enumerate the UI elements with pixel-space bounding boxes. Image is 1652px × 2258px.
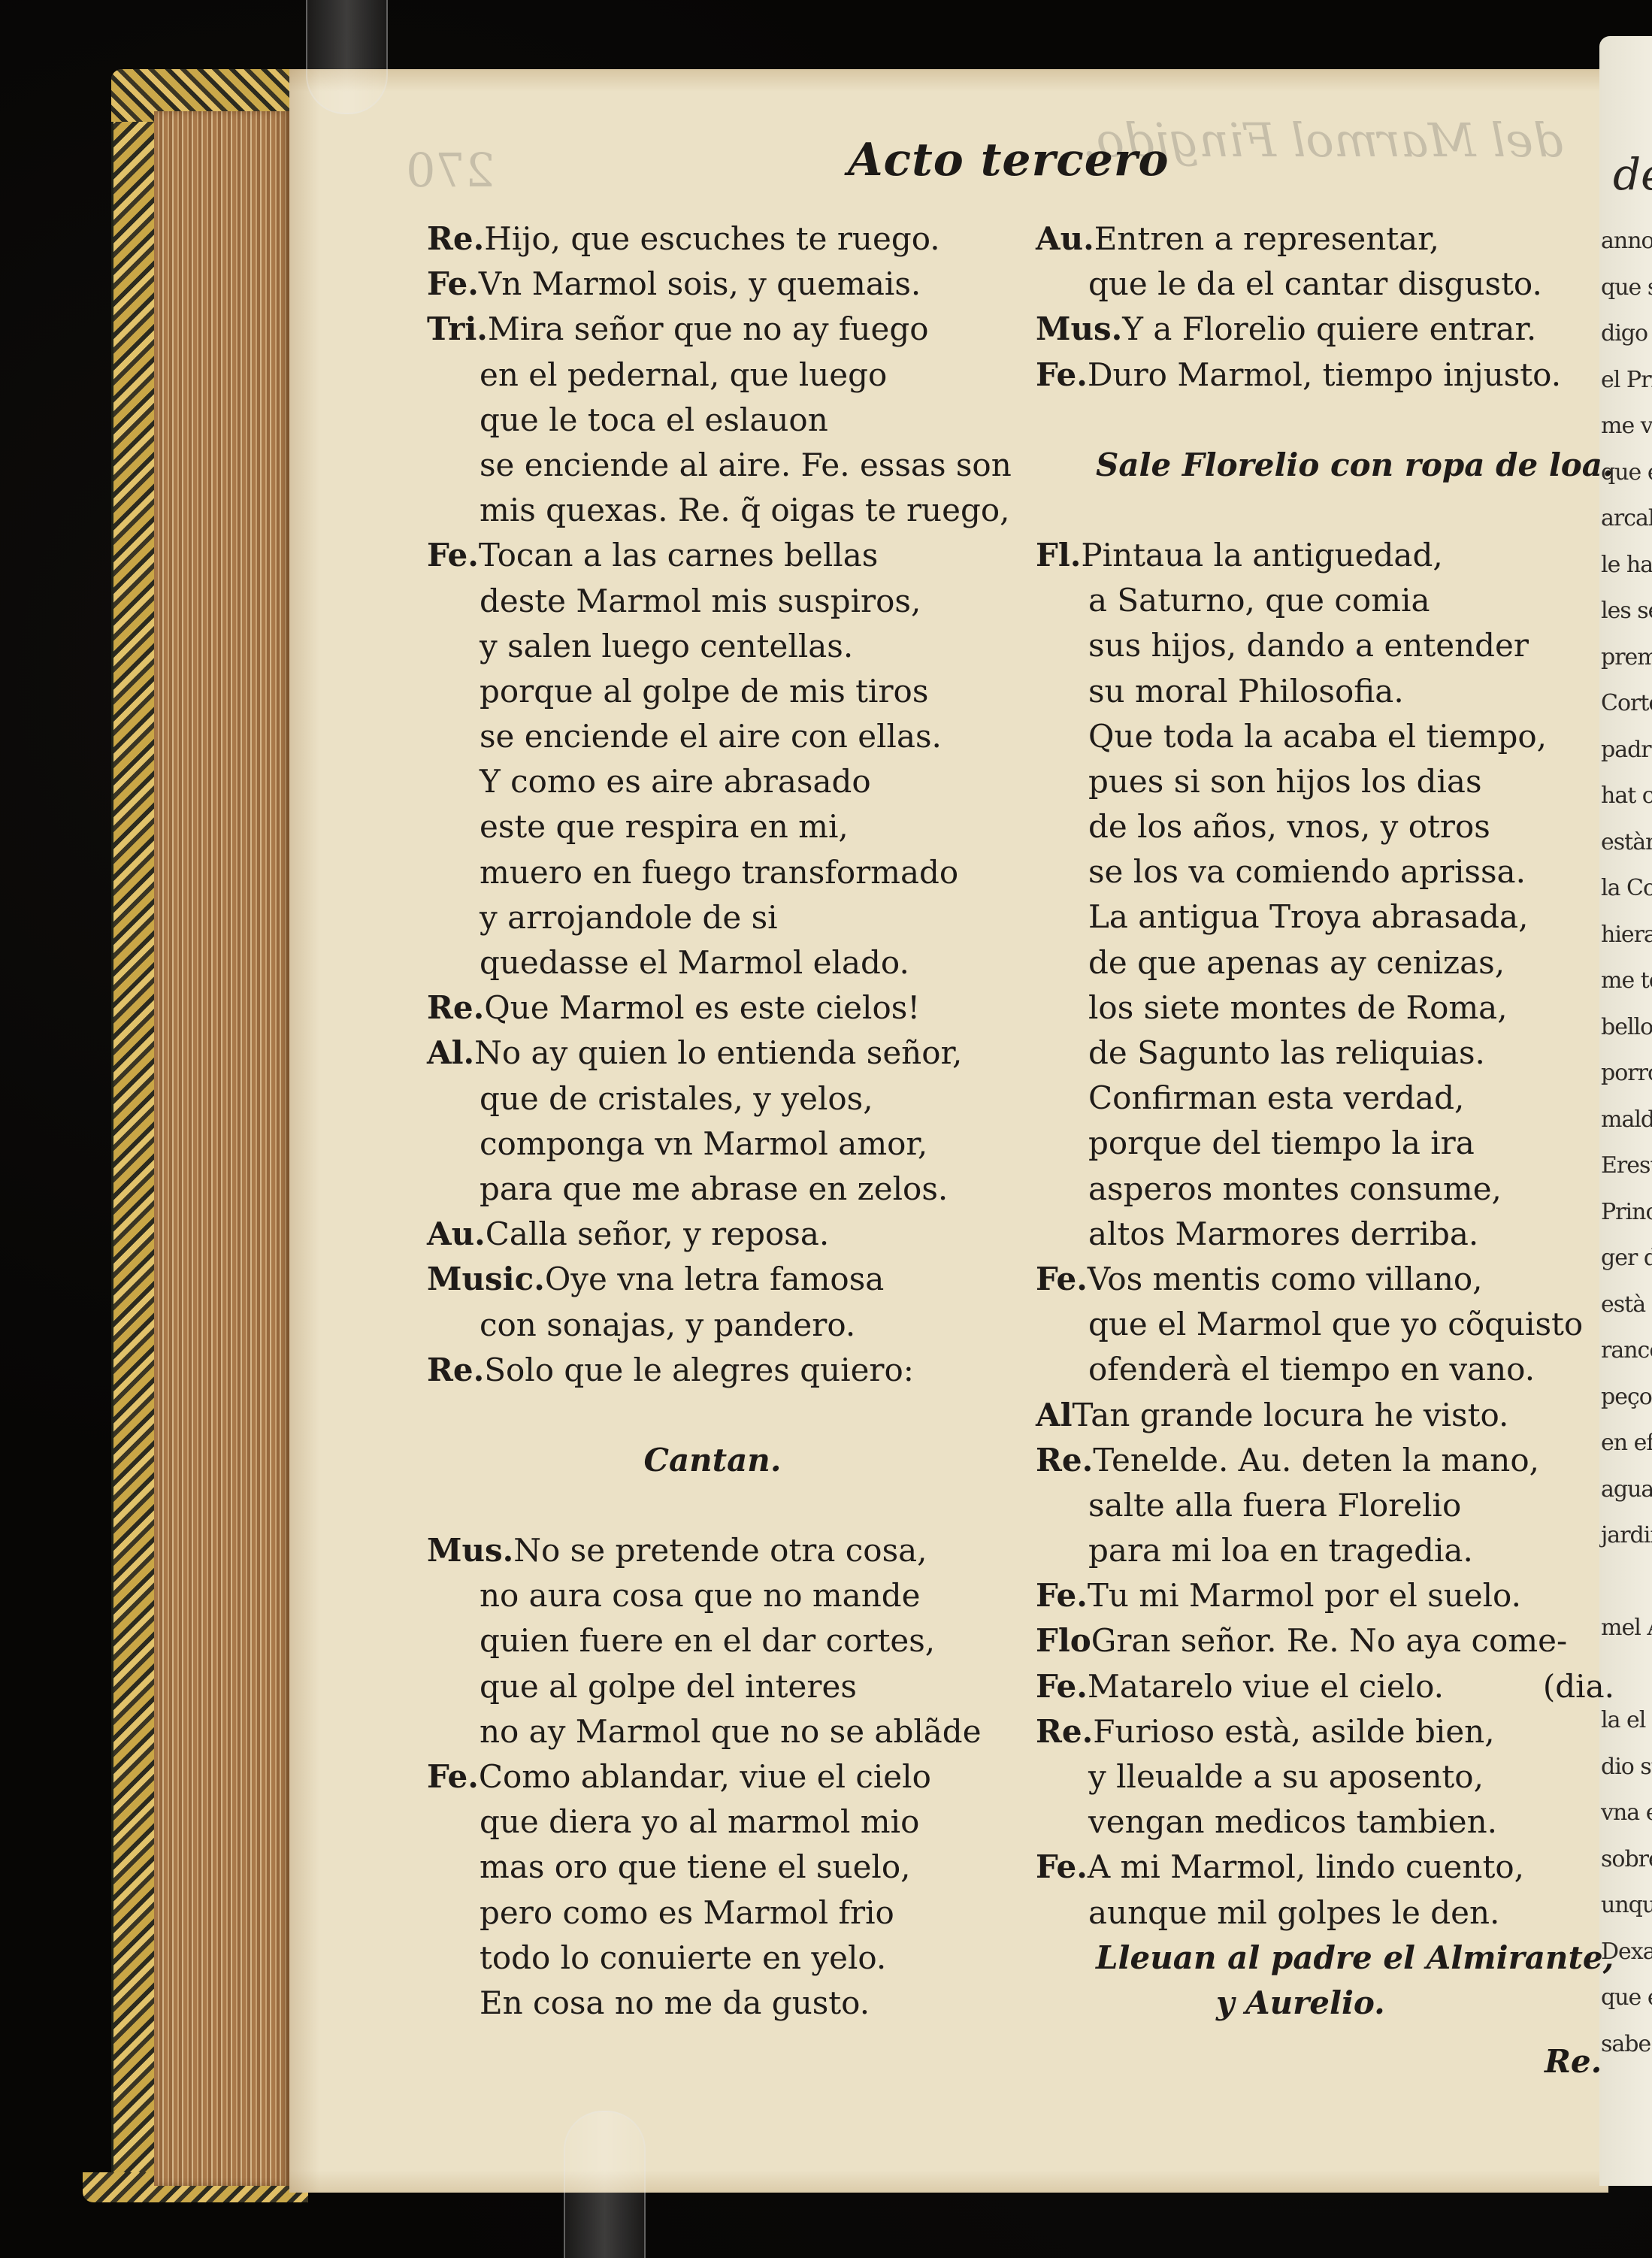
- speaker-label: Al.: [427, 1034, 474, 1071]
- verse-text: componga vn Marmol amor,: [480, 1125, 927, 1162]
- next-page-line: digo que l: [1601, 320, 1652, 347]
- verse-text: que al golpe del interes: [480, 1668, 857, 1705]
- next-page-line: le han da: [1601, 552, 1652, 578]
- verse-line: de Sagunto las reliquias.: [1036, 1031, 1607, 1076]
- verse-line: y salen luego centellas.: [427, 624, 998, 669]
- speaker-label: Tri.: [427, 310, 488, 347]
- show-through-page-number: 270: [406, 143, 495, 198]
- verse-text: pues si son hijos los dias: [1088, 763, 1482, 800]
- speaker-label: Re.: [427, 1351, 484, 1388]
- verse-text: Calla señor, y reposa.: [486, 1215, 829, 1252]
- verse-line: en el pedernal, que luego: [427, 353, 998, 398]
- verse-line: Fe.Duro Marmol, tiempo injusto.: [1036, 353, 1607, 398]
- verse-text: de que apenas ay cenizas,: [1088, 944, 1505, 981]
- verse-text: vengan medicos tambien.: [1088, 1803, 1497, 1840]
- verse-line: Y como es aire abrasado: [427, 759, 998, 804]
- page-clip-top: [306, 0, 388, 114]
- verse-text: no ay Marmol que no se ablãde: [480, 1713, 982, 1750]
- verse-text: todo lo conuierte en yelo.: [480, 1939, 886, 1976]
- verse-text: No ay quien lo entienda señor,: [474, 1034, 962, 1071]
- verse-line: con sonajas, y pandero.: [427, 1303, 998, 1348]
- verse-line: Re.Solo que le alegres quiero:: [427, 1348, 998, 1393]
- speaker-label: Re.: [427, 989, 484, 1026]
- verse-text: En cosa no me da gusto.: [480, 1984, 870, 2021]
- verse-line: Re.Tenelde. Au. deten la mano,: [1036, 1438, 1607, 1483]
- verse-line: que el Marmol que yo cõquisto: [1036, 1302, 1607, 1347]
- verse-line: que le da el cantar disgusto.: [1036, 262, 1607, 307]
- verse-text: Que Marmol es este cielos!: [484, 989, 920, 1026]
- verse-text: Vos mentis como villano,: [1088, 1261, 1483, 1297]
- verse-text: No se pretende otra cosa,: [513, 1532, 927, 1569]
- verse-line: que al golpe del interes: [427, 1664, 998, 1709]
- verse-text: no aura cosa que no mande: [480, 1577, 920, 1614]
- running-head: Acto tercero: [848, 134, 1169, 186]
- verse-text: su moral Philosofia.: [1088, 673, 1404, 710]
- verse-text: Que toda la acaba el tiempo,: [1088, 718, 1547, 755]
- verse-text: altos Marmores derriba.: [1088, 1215, 1478, 1252]
- speaker-label: Music.: [427, 1261, 545, 1297]
- speaker-label: Fe.: [1036, 1261, 1088, 1297]
- verse-line: a Saturno, que comia: [1036, 578, 1607, 623]
- next-page-sliver: de anno vaique señordigo que lel Princim…: [1599, 36, 1652, 2186]
- verse-text: y arrojandole de si: [480, 899, 778, 936]
- verse-line: salte alla fuera Florelio: [1036, 1483, 1607, 1528]
- next-page-line: mel A: [1601, 1615, 1652, 1641]
- verse-line: quedasse el Marmol elado.: [427, 940, 998, 985]
- verse-line: sus hijos, dando a entender: [1036, 623, 1607, 668]
- verse-text: Furioso està, asilde bien,: [1093, 1713, 1494, 1750]
- verse-text: este que respira en mi,: [480, 808, 849, 845]
- verse-line: Al.No ay quien lo entienda señor,: [427, 1031, 998, 1076]
- verse-line: Tri.Mira señor que no ay fuego: [427, 307, 998, 352]
- verse-line: y arrojandole de si: [427, 895, 998, 940]
- verse-line: y lleualde a su aposento,: [1036, 1754, 1607, 1799]
- verse-text: pero como es Marmol frio: [480, 1894, 894, 1931]
- verse-text: asperos montes consume,: [1088, 1170, 1502, 1207]
- verse-line: asperos montes consume,: [1036, 1167, 1607, 1212]
- next-page-line: rancor: [1601, 1337, 1652, 1364]
- verse-text: Mira señor que no ay fuego: [488, 310, 929, 347]
- speaker-label: Au.: [427, 1215, 486, 1252]
- speaker-label: Fe.: [427, 537, 479, 574]
- verse-line: Re.Hijo, que escuches te ruego.: [427, 216, 998, 262]
- speaker-label: Fl.: [1036, 537, 1081, 574]
- verse-line: Fe.Tocan a las carnes bellas: [427, 533, 998, 578]
- verse-line: Fe.Matarelo viue el cielo.(dia.: [1036, 1664, 1607, 1709]
- verse-text: quien fuere en el dar cortes,: [480, 1622, 935, 1659]
- verse-text: A mi Marmol, lindo cuento,: [1088, 1848, 1524, 1885]
- verse-line: que de cristales, y yelos,: [427, 1076, 998, 1121]
- next-page-line: me torm: [1601, 967, 1652, 994]
- verse-line: se enciende al aire. Fe. essas son: [427, 443, 998, 488]
- verse-text: en el pedernal, que luego: [480, 356, 887, 393]
- verse-line: Fe.A mi Marmol, lindo cuento,: [1036, 1845, 1607, 1890]
- stage-direction: Sale Florelio con ropa de loa.: [1036, 443, 1607, 488]
- verse-line: Re.Que Marmol es este cielos!: [427, 985, 998, 1031]
- verse-line: muero en fuego transformado: [427, 850, 998, 895]
- page-clip-bottom: [564, 2111, 646, 2258]
- next-page-line: premio. R: [1601, 644, 1652, 670]
- speaker-label: Flo: [1036, 1622, 1091, 1659]
- next-page-line: unque e: [1601, 1892, 1652, 1918]
- verse-line: La antigua Troya abrasada,: [1036, 894, 1607, 940]
- verse-line: FloGran señor. Re. No aya come-: [1036, 1618, 1607, 1663]
- verse-text: Y a Florelio quiere entrar.: [1122, 310, 1536, 347]
- verse-text: Matarelo viue el cielo.: [1088, 1668, 1444, 1705]
- verse-text: de los años, vnos, y otros: [1088, 808, 1490, 845]
- verse-text: Y como es aire abrasado: [480, 763, 871, 800]
- blank-line: [427, 1483, 998, 1528]
- speaker-label: Mus.: [1036, 310, 1122, 347]
- verse-line: deste Marmol mis suspiros,: [427, 579, 998, 624]
- verse-line: Re.Furioso està, asilde bien,: [1036, 1709, 1607, 1754]
- verse-text: Oye vna letra famosa: [545, 1261, 884, 1297]
- verse-text: porque al golpe de mis tiros: [480, 673, 928, 710]
- verse-line: Music.Oye vna letra famosa: [427, 1257, 998, 1302]
- speaker-label: Fe.: [1036, 356, 1088, 393]
- blank-line: [1036, 398, 1607, 443]
- verse-line: no ay Marmol que no se ablãde: [427, 1709, 998, 1754]
- speaker-label: Re.: [427, 220, 484, 257]
- speaker-label: Al: [1036, 1397, 1073, 1433]
- next-page-line: les seruir: [1601, 598, 1652, 624]
- catchword: Re.: [1545, 2043, 1602, 2080]
- next-page-line: Corte! bie: [1601, 690, 1652, 716]
- next-page-line: maldito: [1601, 1106, 1652, 1133]
- next-page-line: jardin.: [1601, 1522, 1652, 1548]
- next-page-line: sabe Tr: [1601, 2031, 1652, 2057]
- verse-line: para mi loa en tragedia.: [1036, 1528, 1607, 1573]
- next-page-running-head: de: [1613, 149, 1652, 200]
- verse-text: Hijo, que escuches te ruego.: [484, 220, 939, 257]
- verse-line: mis quexas. Re. q̃ oigas te ruego,: [427, 488, 998, 533]
- next-page-line: arcabucte: [1601, 505, 1652, 531]
- next-page-line: agua de: [1601, 1476, 1652, 1503]
- speaker-label: Re.: [1036, 1442, 1093, 1479]
- verse-text: Tocan a las carnes bellas: [479, 537, 878, 574]
- stage-direction: y Aurelio.: [1036, 1981, 1607, 2026]
- verse-text: que de cristales, y yelos,: [480, 1080, 873, 1117]
- verse-text: deste Marmol mis suspiros,: [480, 583, 921, 619]
- speaker-label: Au.: [1036, 220, 1094, 257]
- speaker-label: Fe.: [1036, 1577, 1088, 1614]
- next-page-line: porro, y: [1601, 1060, 1652, 1086]
- verse-line: todo lo conuierte en yelo.: [427, 1936, 998, 1981]
- verse-text: para mi loa en tragedia.: [1088, 1532, 1473, 1569]
- verse-line: que diera yo al marmol mio: [427, 1799, 998, 1845]
- verse-text: mis quexas. Re. q̃ oigas te ruego,: [480, 492, 1010, 528]
- next-page-line: me vè, R: [1601, 413, 1652, 439]
- verse-line: Fl.Pintaua la antiguedad,: [1036, 533, 1607, 578]
- verse-line: este que respira en mi,: [427, 804, 998, 849]
- next-page-line: dio su: [1601, 1754, 1652, 1780]
- turnover-fragment: (dia.: [1543, 1664, 1614, 1709]
- next-page-line: padre, gu: [1601, 737, 1652, 763]
- verse-line: mas oro que tiene el suelo,: [427, 1845, 998, 1890]
- verse-line: su moral Philosofia.: [1036, 669, 1607, 714]
- verse-text: a Saturno, que comia: [1088, 582, 1430, 619]
- verse-text: de Sagunto las reliquias.: [1088, 1034, 1485, 1071]
- next-page-line: estàn ma: [1601, 829, 1652, 855]
- speaker-label: Fe.: [427, 265, 479, 302]
- verse-text: Tan grande locura he visto.: [1073, 1397, 1509, 1433]
- next-page-line: està en: [1601, 1291, 1652, 1318]
- verse-text: que le toca el eslauon: [480, 401, 828, 438]
- verse-line: ofenderà el tiempo en vano.: [1036, 1347, 1607, 1392]
- verse-text: muero en fuego transformado: [480, 854, 958, 891]
- next-page-line: el Princi: [1601, 367, 1652, 393]
- verse-text: Confirman esta verdad,: [1088, 1079, 1464, 1116]
- verse-text: Tenelde. Au. deten la mano,: [1093, 1442, 1539, 1479]
- verse-text: Tu mi Marmol por el suelo.: [1088, 1577, 1521, 1614]
- next-page-line: hat cerca: [1601, 782, 1652, 809]
- next-page-line: bello di: [1601, 1014, 1652, 1040]
- next-page-line: hiera yo: [1601, 922, 1652, 948]
- verse-line: no aura cosa que no mande: [427, 1573, 998, 1618]
- verse-text: Vn Marmol sois, y quemais.: [479, 265, 921, 302]
- verse-line: En cosa no me da gusto.: [427, 1981, 998, 2026]
- verse-text: quedasse el Marmol elado.: [480, 944, 909, 981]
- verse-line: Au.Entren a representar,: [1036, 216, 1607, 262]
- verse-line: se los va comiendo aprissa.: [1036, 849, 1607, 894]
- speaker-label: Fe.: [427, 1758, 479, 1795]
- verse-line: pues si son hijos los dias: [1036, 759, 1607, 804]
- verse-text: y lleualde a su aposento,: [1088, 1758, 1484, 1795]
- verse-line: componga vn Marmol amor,: [427, 1121, 998, 1167]
- verse-text: para que me abrase en zelos.: [480, 1170, 948, 1207]
- verse-text: los siete montes de Roma,: [1088, 989, 1508, 1026]
- speaker-label: Re.: [1036, 1713, 1093, 1750]
- verse-text: aunque mil golpes le den.: [1088, 1894, 1499, 1931]
- verse-text: Solo que le alegres quiero:: [484, 1351, 914, 1388]
- next-page-line: Eresto. T: [1601, 1152, 1652, 1179]
- verse-line: Confirman esta verdad,: [1036, 1076, 1607, 1121]
- next-page-line: en efec: [1601, 1430, 1652, 1456]
- verse-line: Fe.Vn Marmol sois, y quemais.: [427, 262, 998, 307]
- verse-line: Au.Calla señor, y reposa.: [427, 1212, 998, 1257]
- verse-line: de los años, vnos, y otros: [1036, 804, 1607, 849]
- verse-line: Mus.Y a Florelio quiere entrar.: [1036, 307, 1607, 352]
- speaker-label: Fe.: [1036, 1848, 1088, 1885]
- stage-direction: Lleuan al padre el Almirante,: [1036, 1936, 1607, 1981]
- verse-text: salte alla fuera Florelio: [1088, 1487, 1461, 1524]
- verse-text: Como ablandar, viue el cielo: [479, 1758, 931, 1795]
- verse-line: quien fuere en el dar cortes,: [427, 1618, 998, 1663]
- left-text-column: Re.Hijo, que escuches te ruego.Fe.Vn Mar…: [427, 216, 998, 2026]
- verse-line: AlTan grande locura he visto.: [1036, 1393, 1607, 1438]
- verse-text: y salen luego centellas.: [480, 628, 853, 664]
- verse-text: La antigua Troya abrasada,: [1088, 898, 1528, 935]
- verse-text: se los va comiendo aprissa.: [1088, 853, 1526, 890]
- next-page-line: vna ep: [1601, 1799, 1652, 1826]
- verse-text: se enciende el aire con ellas.: [480, 718, 942, 755]
- verse-line: Que toda la acaba el tiempo,: [1036, 714, 1607, 759]
- verse-text: sus hijos, dando a entender: [1088, 627, 1529, 664]
- next-page-line: que es la: [1601, 1984, 1652, 2011]
- verse-line: que le toca el eslauon: [427, 398, 998, 443]
- verse-line: altos Marmores derriba.: [1036, 1212, 1607, 1257]
- verse-line: Fe.Vos mentis como villano,: [1036, 1257, 1607, 1302]
- verse-line: Fe.Como ablandar, viue el cielo: [427, 1754, 998, 1799]
- blank-line: [1036, 488, 1607, 533]
- verse-line: vengan medicos tambien.: [1036, 1799, 1607, 1845]
- verse-text: se enciende al aire. Fe. essas son: [480, 446, 1012, 483]
- verse-line: porque del tiempo la ira: [1036, 1121, 1607, 1166]
- verse-text: Gran señor. Re. No aya come-: [1091, 1622, 1567, 1659]
- right-text-column: Au.Entren a representar,que le da el can…: [1036, 216, 1607, 2026]
- page-fore-edges: [154, 111, 289, 2186]
- verse-line: se enciende el aire con ellas.: [427, 714, 998, 759]
- verse-line: aunque mil golpes le den.: [1036, 1890, 1607, 1936]
- verse-text: mas oro que tiene el suelo,: [480, 1848, 911, 1885]
- next-page-line: peçose: [1601, 1384, 1652, 1410]
- verse-text: que el Marmol que yo cõquisto: [1088, 1306, 1583, 1342]
- verse-line: Fe.Tu mi Marmol por el suelo.: [1036, 1573, 1607, 1618]
- blank-line: [427, 1393, 998, 1438]
- verse-line: pero como es Marmol frio: [427, 1890, 998, 1936]
- next-page-line: ger de n: [1601, 1245, 1652, 1271]
- next-page-line: la Corte: [1601, 875, 1652, 901]
- verse-text: que diera yo al marmol mio: [480, 1803, 919, 1840]
- next-page-line: anno vai: [1601, 228, 1652, 254]
- next-page-line: sobre: [1601, 1846, 1652, 1872]
- verse-line: Mus.No se pretende otra cosa,: [427, 1528, 998, 1573]
- speaker-label: Mus.: [427, 1532, 513, 1569]
- verse-line: de que apenas ay cenizas,: [1036, 940, 1607, 985]
- verse-text: Entren a representar,: [1094, 220, 1439, 257]
- verse-line: porque al golpe de mis tiros: [427, 669, 998, 714]
- next-page-line: Principe: [1601, 1199, 1652, 1225]
- stage-direction: Cantan.: [427, 1438, 998, 1483]
- verse-text: Pintaua la antiguedad,: [1081, 537, 1442, 574]
- verse-text: que le da el cantar disgusto.: [1088, 265, 1542, 302]
- verse-text: Duro Marmol, tiempo injusto.: [1088, 356, 1561, 393]
- verse-line: para que me abrase en zelos.: [427, 1167, 998, 1212]
- verse-text: con sonajas, y pandero.: [480, 1306, 855, 1343]
- verse-text: porque del tiempo la ira: [1088, 1124, 1475, 1161]
- next-page-line: que señor: [1601, 274, 1652, 301]
- verse-line: los siete montes de Roma,: [1036, 985, 1607, 1031]
- next-page-line: la el acci: [1601, 1707, 1652, 1733]
- verse-text: ofenderà el tiempo en vano.: [1088, 1351, 1535, 1388]
- speaker-label: Fe.: [1036, 1668, 1088, 1705]
